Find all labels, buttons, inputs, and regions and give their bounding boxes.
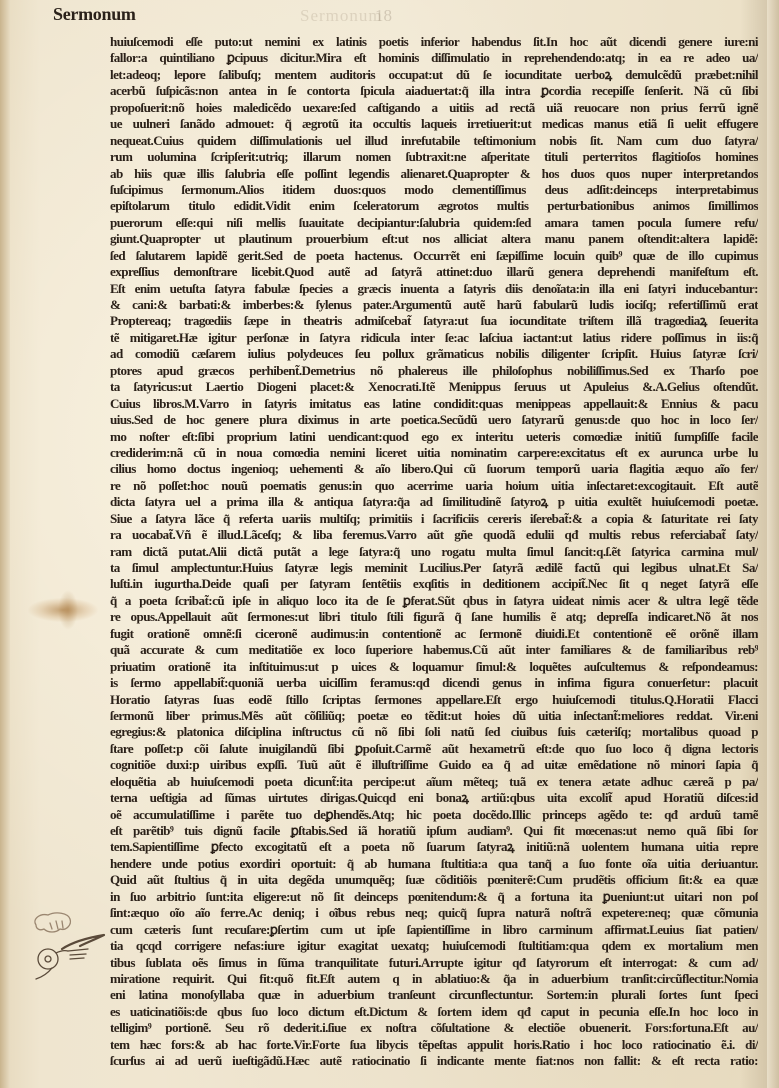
text-line: oẽ accumulatiſſime i parẽte tuo deꝑhendẽ…: [110, 807, 758, 823]
text-line: rum uolumina ſcripſerit:utriq; illarum n…: [110, 149, 758, 165]
text-line: ta ſimul amplectuntur.Huius ſatyræ legis…: [110, 560, 758, 576]
text-line: acerbũ ſuſpicãs:non antea in ſe contorta…: [110, 83, 758, 99]
text-line: Proptereaq; tragœdiis ſæpe in theatris a…: [110, 313, 758, 329]
text-line: puerorum eſſe:qui niſi mellis ſuauitate …: [110, 215, 758, 231]
text-line: tẽ mitigaret.Hæ igitur perſonæ in ſatyra…: [110, 330, 758, 346]
text-line: ab hiis quæ illis ſalubria eſſe poſſint …: [110, 166, 758, 182]
text-line: eni latina monoſyllaba quæ in aduerbium …: [110, 987, 758, 1003]
text-line: ptores apud græcos perhibent̃.Demetrius …: [110, 363, 758, 379]
text-line: ta ſatyricus:ut Laertio Diogeni placet:&…: [110, 379, 758, 395]
text-line: cum cæteris ſunt recuſare:ꝑſertim cum ut…: [110, 922, 758, 938]
text-line: in ſuo arbitrio ſunt:ita eligere:ut nõ ſ…: [110, 889, 758, 905]
running-head: Sermonum: [53, 4, 136, 25]
manicule-pointing-hand-icon: [26, 905, 106, 980]
text-line: eſt parẽtib⁹ tuis dignũ facile ꝑſtabis.S…: [110, 823, 758, 839]
text-line: q̃ a poeta ſcribat̃:cũ ipſe in aliquo lo…: [110, 593, 758, 609]
text-line: luſti.in iugurtha.Deide quaſi per ſatyra…: [110, 576, 758, 592]
text-line: ue uulneri ſanãdo admouet: q̃ ægrotũ ita…: [110, 116, 758, 132]
text-line: ſint:æquo oĩo aĩo ferre.Ac deniq; i oĩbu…: [110, 905, 758, 921]
text-line: crediderim:nã cũ in noua comœdia nemini …: [110, 445, 758, 461]
text-line: cilius homo doctus ingenioq; uehementi &…: [110, 461, 758, 477]
text-line: miratione requirit. Qui fit:quõ fit.Eſt …: [110, 971, 758, 987]
text-line: is ſermo appellabit̃:quoniã uerba uiciſſ…: [110, 675, 758, 691]
text-line: egregius:& platonica diſciplina inſtruct…: [110, 724, 758, 740]
text-line: cognitiõe duxi:p uiribus expſſi. Tuũ aũt…: [110, 757, 758, 773]
bleed-through-head: Sermonum: [300, 6, 383, 26]
text-line: mo noſter eſt:ſibi proprium latini uendi…: [110, 429, 758, 445]
text-line: terna ueſtigia ad ſũmas uirtutes dirigas…: [110, 790, 758, 806]
text-line: ſermonũ liber primus.Mẽs aũt cõſiliũq; p…: [110, 708, 758, 724]
text-line: ſtare poſſet:p cõi ſalute inuigilandũ ſi…: [110, 741, 758, 757]
text-line: Siue a ſatyra lãce q̃ referta uariis mul…: [110, 511, 758, 527]
text-line: fallor:a quintiliano ꝑcipuus dicitur.Mir…: [110, 50, 758, 66]
text-line: ſuſcipimus ſermonum.Alios itidem duos:qu…: [110, 182, 758, 198]
text-line: ram dictã putat.Alii dictã putãt a lege …: [110, 544, 758, 560]
text-line: hendere unde potius exordiri oportuit: q…: [110, 856, 758, 872]
text-line: eloquẽtia ab huiuſcemodi poeta dicunt̃:i…: [110, 774, 758, 790]
text-line: nequeat.Cuius quidem diſſimulationis uel…: [110, 133, 758, 149]
text-line: ſcurſus ai ad uerũ iueſtigãdũ.Hæc autẽ r…: [110, 1053, 758, 1069]
text-line: huiuſcemodi eſſe puto:ut nemini ex latin…: [110, 34, 758, 50]
text-line: let:adeoq; lepore ſalibuſq; mentem audit…: [110, 67, 758, 83]
text-line: fugit orationẽ omnẽ:ſi ciceronẽ audimus:…: [110, 626, 758, 642]
text-line: quã accurate & cum meditatiõe ex loco ſu…: [110, 642, 758, 658]
text-line: tia qcqd corrigere nefas:iure igitur exa…: [110, 938, 758, 954]
text-line: Quid aũt ſtultius q̃ in uita degẽda unum…: [110, 872, 758, 888]
text-line: uius.Sed de hoc genere plura diximus in …: [110, 412, 758, 428]
text-line: priuatim orationẽ ita inſtituimus:ut p u…: [110, 659, 758, 675]
text-line: ra uocabat̃.Vñ ẽ illud.Lãceſq; & liba fe…: [110, 527, 758, 543]
text-line: giunt.Quapropter ut plautinum prouerbium…: [110, 231, 758, 247]
text-line: tem hæc fors:& ab hac forte.Vir.Forte ſu…: [110, 1037, 758, 1053]
text-line: expreſſius demonſtrare licebit.Quod autẽ…: [110, 264, 758, 280]
text-line: Cuius libros.M.Varro in ſatyris imitatus…: [110, 396, 758, 412]
text-line: epiſtolarum titulo edidit.Vidit enim ſce…: [110, 198, 758, 214]
text-line: re nõ poſſet:hoc nouũ poematis genus:in …: [110, 478, 758, 494]
text-line: tibus ſublata oẽs ſimus in ſũma tranquil…: [110, 955, 758, 971]
text-line: propoſuerit:nõ hoies maledicẽdo uexare:ſ…: [110, 100, 758, 116]
text-line: ſed ſalutarem lapidẽ gerit.Sed de poeta …: [110, 248, 758, 264]
bleed-through-folio: 18: [375, 6, 392, 26]
text-line: & cani:& barbati:& imberbes:& ſylenus pa…: [110, 297, 758, 313]
text-line: telligim⁹ portionẽ. Seu rõ dederit.i.ſiu…: [110, 1020, 758, 1036]
text-line: es uaticinatiõis:de qbus ſuo loco dictum…: [110, 1004, 758, 1020]
commentary-text-block: huiuſcemodi eſſe puto:ut nemini ex latin…: [110, 34, 758, 1070]
text-line: ad comodiũ cæſarem iulius polydeuces ſeu…: [110, 346, 758, 362]
page-right-edge: [767, 0, 779, 1088]
text-line: Horatio ſatyras ſuas eodẽ ſtillo ſcripta…: [110, 692, 758, 708]
foxing-stain-secondary: [58, 590, 78, 630]
text-line: re opus.Appellauit aũt ſermones:ut libri…: [110, 609, 758, 625]
page-left-edge: [0, 0, 10, 1088]
text-line: Eſt enim uetuſta ſatyra fabulæ ſpecies a…: [110, 281, 758, 297]
text-line: dicta ſatyra uel a prima illa & antiqua …: [110, 494, 758, 510]
text-line: tem.Sapientiſſime ꝑfecto excogitatũ eſt …: [110, 839, 758, 855]
